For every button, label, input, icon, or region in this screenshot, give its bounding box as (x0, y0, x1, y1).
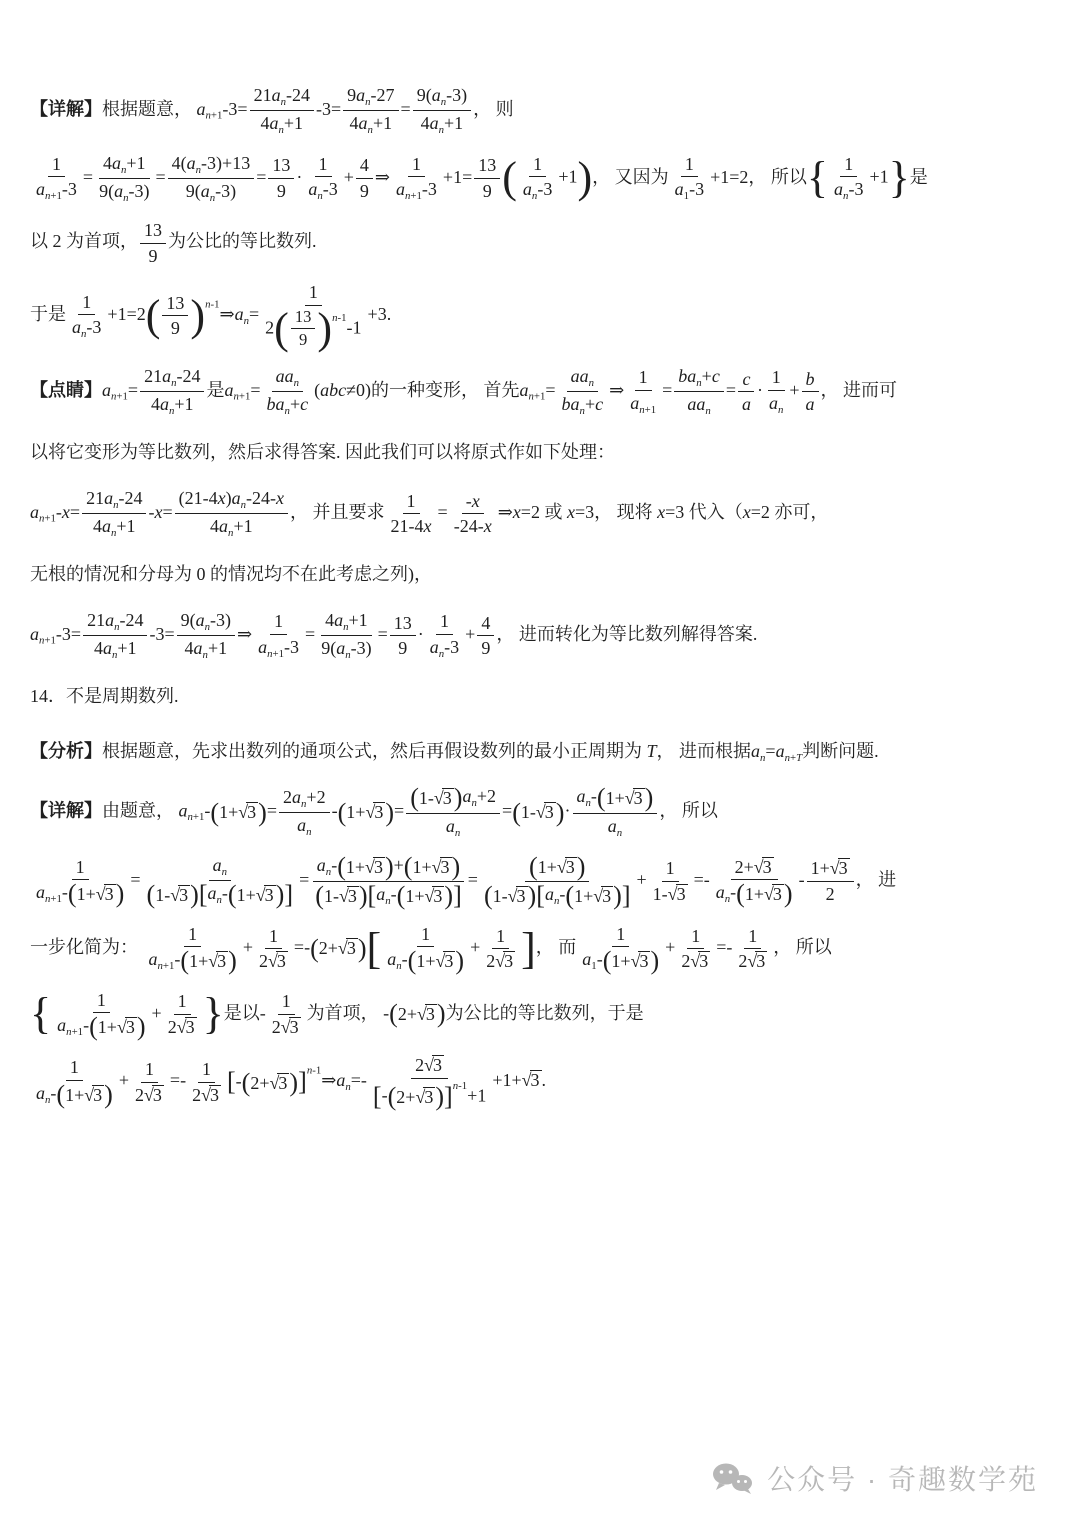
p9-final-transform: an+1-3=21an-244an+1-3=9(an-3)4an+1⇒1an+1… (30, 609, 1052, 663)
p10-answer-14: 14．不是周期数列. (30, 676, 1052, 717)
p8-note-text: 无根的情况和分母为 0 的情况均不在此考虑之列)， (30, 554, 1052, 595)
watermark: 公众号 · 奇趣数学苑 (711, 1458, 1038, 1498)
p4-general-term: 于是1an-3+1=2(139)n-1⇒an=12(139)n-1-1+3. (30, 281, 1052, 351)
p15-geometric-14: {1an+1-(1+√3)+12√3}是以-12√3为首项， -(2+√3)为公… (30, 989, 1052, 1041)
p5-comment-intro: 【点睛】an+1=21an-244an+1是an+1=aanban+c(abc≠… (30, 365, 1052, 419)
p11-analysis: 【分析】根据题意，先求出数列的通项公式，然后再假设数列的最小正周期为 T， 进而… (30, 731, 1052, 772)
watermark-text: 公众号 · 奇趣数学苑 (767, 1458, 1038, 1498)
p13-reciprocal: 1an+1-(1+√3)=an(1-√3)[an-(1+√3)]=an-(1+√… (30, 854, 1052, 909)
wechat-icon (711, 1462, 755, 1494)
p3-geometric-conclusion: 以 2 为首项，139为公比的等比数列. (30, 219, 1052, 267)
p14-simplify: 一步化简为： 1an+1-(1+√3)+12√3=-(2+√3)[1an-(1+… (30, 923, 1052, 975)
document-body: 【详解】根据题意， an+1-3=21an-244an+1-3=9an-274a… (30, 84, 1052, 1110)
p2-derivation: 1an+1-3=4an+19(an-3)=4(an-3)+139(an-3)=1… (30, 152, 1052, 206)
p7-substitution: an+1-x=21an-244an+1-x=(21-4x)an-24-x4an+… (30, 487, 1052, 541)
p16-general-term-14: 1an-(1+√3)+12√3=-12√3[-(2+√3)]n-1⇒an=-2√… (30, 1054, 1052, 1110)
p1-detail-intro: 【详解】根据题意， an+1-3=21an-244an+1-3=9an-274a… (30, 84, 1052, 138)
document-page: 【详解】根据题意， an+1-3=21an-244an+1-3=9an-274a… (0, 0, 1080, 1110)
p12-detail-14: 【详解】由题意， an+1-(1+√3)=2an+2an-(1+√3)=(1-√… (30, 785, 1052, 839)
p6-comment-text: 以将它变形为等比数列，然后求得答案. 因此我们可以将原式作如下处理： (30, 432, 1052, 473)
